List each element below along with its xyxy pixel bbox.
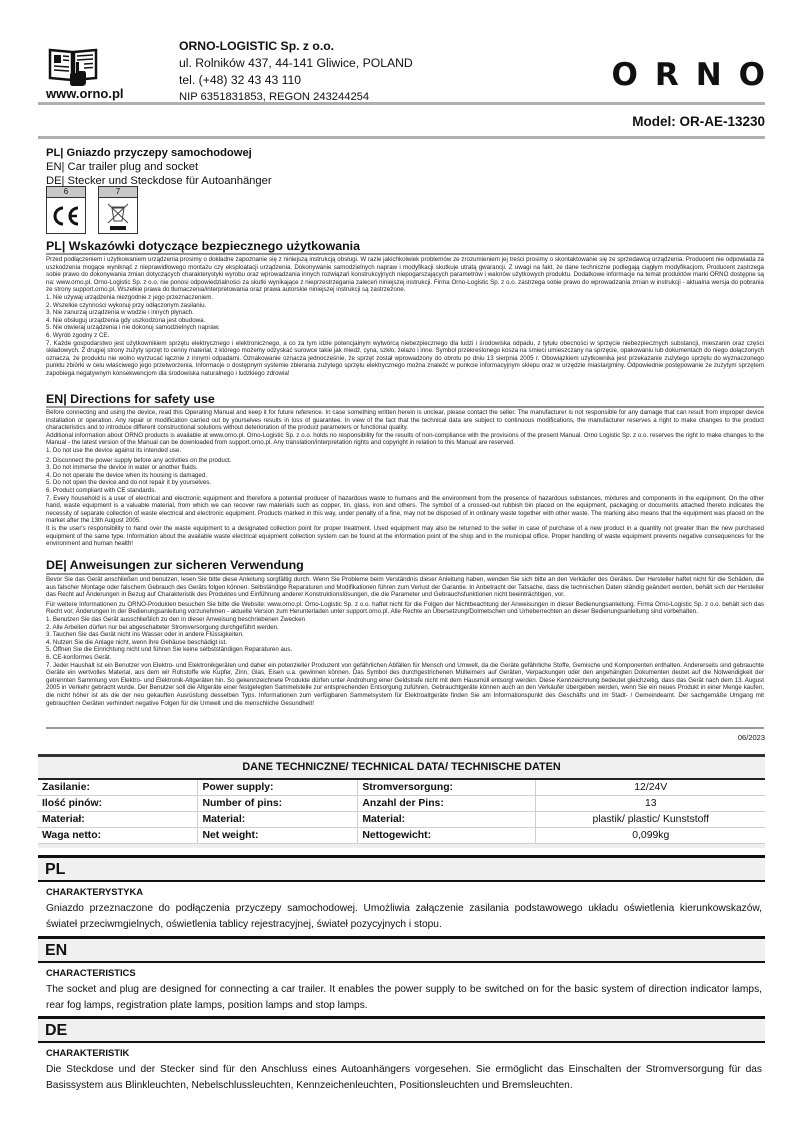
characteristics-text: The socket and plug are designed for con… xyxy=(46,982,762,1014)
spec-value: 13 xyxy=(536,796,765,812)
crossed-bin-icon xyxy=(104,201,132,231)
characteristics-heading: CHARAKTERISTIK xyxy=(46,1047,765,1058)
table-row: Zasilanie:Power supply:Stromversorgung:1… xyxy=(38,780,765,796)
table-row: Ilość pinów:Number of pins:Anzahl der Pi… xyxy=(38,796,765,812)
safety-item: 2. Disconnect the power supply before an… xyxy=(46,457,764,465)
spec-value: 0,099kg xyxy=(536,828,765,844)
safety-text-en: Before connecting and using the device, … xyxy=(46,409,764,548)
technical-data-title: DANE TECHNICZNE/ TECHNICAL DATA/ TECHNIS… xyxy=(38,757,765,780)
spec-label-pl: Ilość pinów: xyxy=(38,796,198,812)
read-manual-icon xyxy=(48,46,98,86)
characteristics-pl: PL CHARAKTERYSTYKA Gniazdo przeznaczone … xyxy=(38,855,765,933)
technical-data-table: DANE TECHNICZNE/ TECHNICAL DATA/ TECHNIS… xyxy=(38,754,765,848)
lang-heading: EN xyxy=(38,939,765,963)
title-pl: PL| Gniazdo przyczepy samochodowej xyxy=(46,146,272,160)
safety-item: 5. Öffnen Sie die Einrichtung nicht und … xyxy=(46,646,764,654)
safety-item: 7. Każde gospodarstwo jest użytkownikiem… xyxy=(46,340,764,378)
product-titles: PL| Gniazdo przyczepy samochodowej EN| C… xyxy=(46,146,272,188)
title-en: EN| Car trailer plug and socket xyxy=(46,160,272,174)
table-row: Materiał:Material:Material:plastik/ plas… xyxy=(38,812,765,828)
revision-date: 06/2023 xyxy=(738,733,765,742)
spec-label-de: Stromversorgung: xyxy=(358,780,536,796)
mark-number: 7 xyxy=(99,187,137,198)
safety-item: 3. Tauchen Sie das Gerät nicht ins Wasse… xyxy=(46,631,764,639)
company-phone: tel. (+48) 32 43 43 110 xyxy=(179,72,413,89)
lang-heading: PL xyxy=(38,858,765,882)
model-number: Model: OR-AE-13230 xyxy=(632,114,765,129)
safety-item: 2. Alle Arbeiten dürfen nur bei abgescha… xyxy=(46,624,764,632)
header-divider xyxy=(38,102,765,105)
spec-label-de: Nettogewicht: xyxy=(358,828,536,844)
safety-text-de: Bevor Sie das Gerät anschließen und benu… xyxy=(46,576,764,707)
safety-item: 2. Wszelkie czynności wykonuj przy odłąc… xyxy=(46,302,764,310)
spec-label-en: Material: xyxy=(198,812,358,828)
safety-item: 7. Jeder Haushalt ist ein Benutzer von E… xyxy=(46,662,764,708)
safety-item: 5. Do not open the device and do not rep… xyxy=(46,479,764,487)
safety-item: 4. Do not operate the device when its ho… xyxy=(46,472,764,480)
safety-item: It is the user's responsibility to hand … xyxy=(46,525,764,548)
table-row: Waga netto:Net weight:Nettogewicht:0,099… xyxy=(38,828,765,844)
safety-item: 4. Nie obsługuj urządzenia gdy uszkodzon… xyxy=(46,317,764,325)
spec-label-en: Number of pins: xyxy=(198,796,358,812)
company-info: ORNO-LOGISTIC Sp. z o.o. ul. Rolników 43… xyxy=(179,38,413,106)
characteristics-text: Die Steckdose und der Stecker sind für d… xyxy=(46,1062,762,1094)
safety-item: 1. Do not use the device against its int… xyxy=(46,447,764,455)
safety-item: 6. CE-konformes Gerät. xyxy=(46,654,764,662)
safety-item: 6. Wyrób zgodny z CE. xyxy=(46,332,764,340)
safety-item: 5. Nie otwieraj urządzenia i nie dokonuj… xyxy=(46,324,764,332)
spec-label-pl: Materiał: xyxy=(38,812,198,828)
website-link[interactable]: www.orno.pl xyxy=(46,86,124,101)
header: www.orno.pl ORNO-LOGISTIC Sp. z o.o. ul.… xyxy=(38,36,765,102)
mark-number: 6 xyxy=(47,187,85,198)
spec-label-en: Power supply: xyxy=(198,780,358,796)
safety-item: 4. Nutzen Sie die Anlage nicht, wenn ihr… xyxy=(46,639,764,647)
company-address: ul. Rolników 437, 44-141 Gliwice, POLAND xyxy=(179,55,413,72)
mark-weee: 7 xyxy=(98,186,138,234)
spec-label-pl: Zasilanie: xyxy=(38,780,198,796)
compliance-marks: 6 7 xyxy=(46,186,138,234)
safety-item: 7. Every household is a user of electric… xyxy=(46,495,764,525)
safety-text-pl: Przed podłączeniem i użytkowaniem urządz… xyxy=(46,256,764,378)
ce-mark-icon xyxy=(50,205,82,227)
section-divider xyxy=(46,573,764,575)
safety-intro: Before connecting and using the device, … xyxy=(46,409,764,432)
safety-item: 1. Benutzen Sie das Gerät ausschließlich… xyxy=(46,616,764,624)
characteristics-de: DE CHARAKTERISTIK Die Steckdose und der … xyxy=(38,1016,765,1094)
lang-heading: DE xyxy=(38,1019,765,1043)
spec-value: plastik/ plastic/ Kunststoff xyxy=(536,812,765,828)
section-divider xyxy=(46,727,764,729)
safety-title-pl: PL| Wskazówki dotyczące bezpiecznego uży… xyxy=(46,239,360,253)
safety-item: 1. Nie używaj urządzenia niezgodnie z je… xyxy=(46,294,764,302)
model-divider xyxy=(38,136,765,139)
safety-item: 6. Product compliant with CE standards. xyxy=(46,487,764,495)
spec-label-de: Material: xyxy=(358,812,536,828)
characteristics-heading: CHARAKTERYSTYKA xyxy=(46,886,765,897)
characteristics-heading: CHARACTERISTICS xyxy=(46,967,765,978)
characteristics-text: Gniazdo przeznaczone do podłączenia przy… xyxy=(46,901,762,933)
safety-intro: Bevor Sie das Gerät anschließen und benu… xyxy=(46,576,764,599)
orno-logo: ORNO xyxy=(611,57,782,93)
safety-title-de: DE| Anweisungen zur sicheren Verwendung xyxy=(46,558,304,572)
characteristics-en: EN CHARACTERISTICS The socket and plug a… xyxy=(38,936,765,1014)
spec-label-en: Net weight: xyxy=(198,828,358,844)
spec-label-pl: Waga netto: xyxy=(38,828,198,844)
safety-intro: Für weitere Informationen zu ORNO-Produk… xyxy=(46,601,764,616)
section-divider xyxy=(46,253,764,255)
safety-intro: Przed podłączeniem i użytkowaniem urządz… xyxy=(46,256,764,294)
company-name: ORNO-LOGISTIC Sp. z o.o. xyxy=(179,38,413,55)
safety-item: 3. Do not immerse the device in water or… xyxy=(46,464,764,472)
safety-item: 3. Nie zanurzaj urządzenia w wodzie i in… xyxy=(46,309,764,317)
safety-title-en: EN| Directions for safety use xyxy=(46,392,215,406)
section-divider xyxy=(46,406,764,408)
spec-label-de: Anzahl der Pins: xyxy=(358,796,536,812)
spec-value: 12/24V xyxy=(536,780,765,796)
mark-ce: 6 xyxy=(46,186,86,234)
safety-intro: Additional information about ORNO produc… xyxy=(46,432,764,447)
